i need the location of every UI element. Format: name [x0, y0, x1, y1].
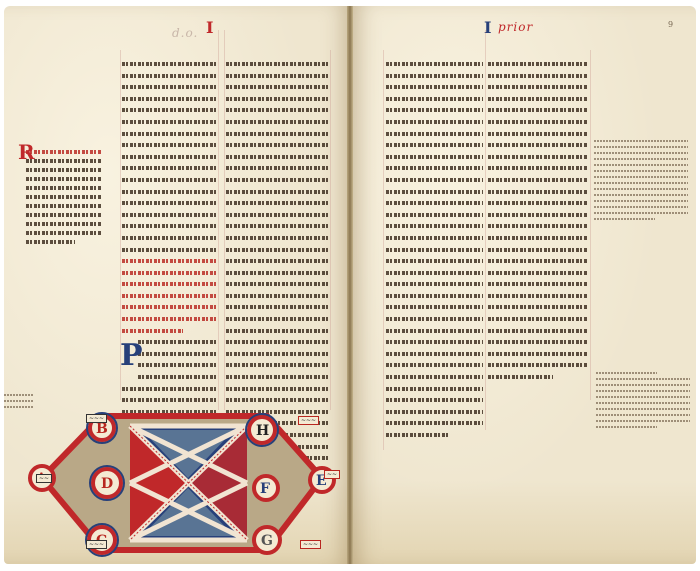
- diagram-label-h: ~~~: [298, 416, 319, 425]
- ruling-line: [383, 50, 384, 450]
- ruling-line: [330, 50, 331, 410]
- svg-text:G: G: [261, 533, 273, 549]
- svg-text:H: H: [256, 423, 269, 439]
- right-column-1-text: [386, 58, 483, 441]
- diagram-label-b: ~~~: [86, 414, 107, 423]
- gutter: [347, 6, 353, 564]
- hexagonal-diagram: B A D C H E F G: [22, 408, 340, 558]
- ruling-line: [590, 50, 591, 400]
- svg-text:D: D: [101, 476, 113, 492]
- rubric-initial: R: [18, 140, 35, 164]
- ruling-line: [485, 30, 486, 430]
- left-running-head: d.o.: [172, 26, 198, 40]
- diagram-label-g: ~~~: [300, 540, 321, 549]
- manuscript-spread: d.o. I I prior 9 P: [0, 0, 700, 571]
- svg-text:F: F: [260, 481, 270, 497]
- ruling-line: [218, 30, 219, 410]
- diagram-label-e: ~~: [324, 470, 340, 479]
- right-margin-gloss-2: [596, 370, 690, 430]
- ruling-line: [224, 30, 225, 410]
- diagram-label-c: ~~~: [86, 540, 107, 549]
- left-margin-gloss: [26, 146, 102, 245]
- right-running-head: prior: [498, 20, 533, 34]
- right-margin-gloss-1: [594, 138, 688, 222]
- decorated-initial-p: P: [120, 338, 143, 373]
- diagram-label-a: ~~: [36, 474, 52, 483]
- right-column-2-text: [488, 58, 588, 383]
- svg-text:B: B: [96, 421, 108, 437]
- left-running-head-initial: I: [206, 18, 213, 37]
- folio-number: 9: [668, 20, 673, 29]
